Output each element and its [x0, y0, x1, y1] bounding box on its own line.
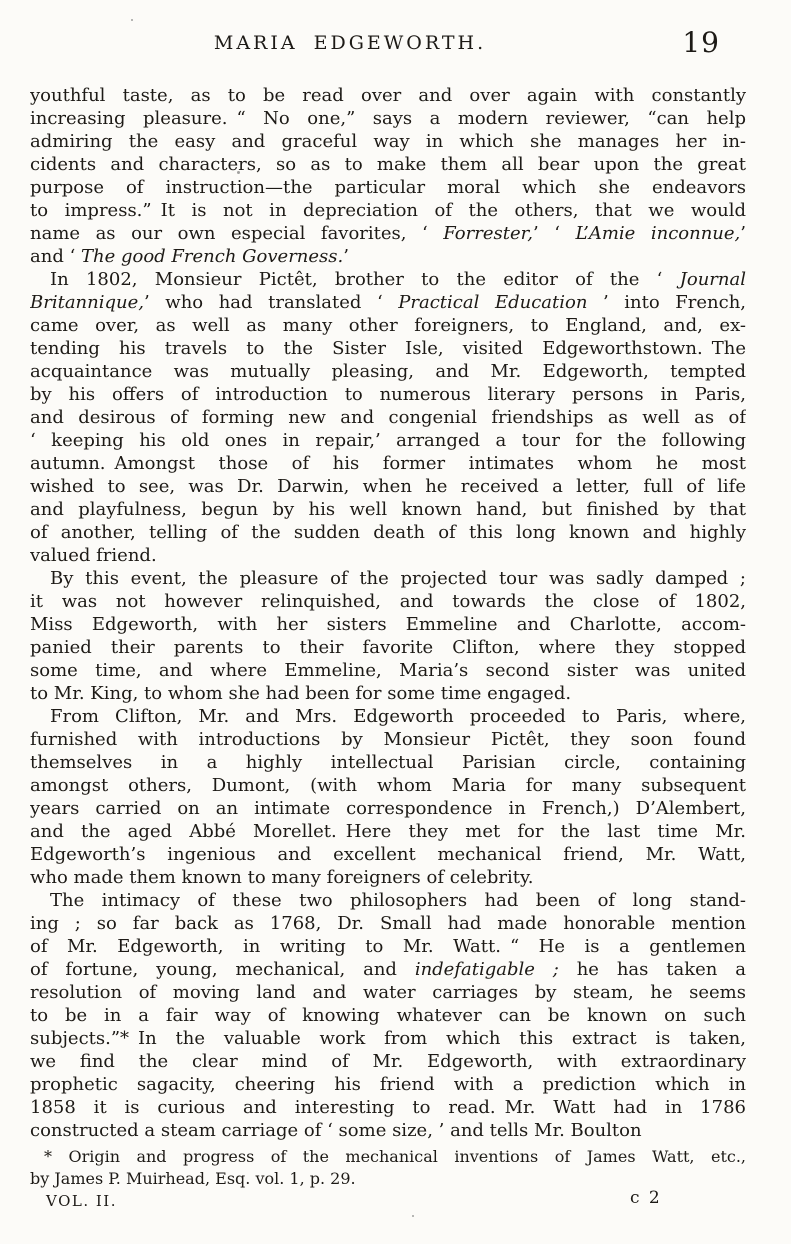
- body-line: tending his travels to the Sister Isle, …: [30, 337, 746, 360]
- italic-text-run: Journal: [680, 269, 746, 290]
- text-run: ing ; so far back as 1768, Dr. Small had…: [30, 913, 746, 934]
- text-run: themselves in a highly intellectual Pari…: [30, 752, 746, 773]
- body-line: prophetic sagacity, cheering his friend …: [30, 1073, 746, 1096]
- text-run: ’: [343, 246, 349, 267]
- body-line: Britannique,’ who had translated ‘ Pract…: [30, 291, 746, 314]
- text-run: tending his travels to the Sister Isle, …: [30, 338, 746, 359]
- text-run: to impress.” It is not in depreciation o…: [30, 200, 746, 221]
- book-page: MARIA EDGEWORTH. 19 youthful taste, as t…: [0, 0, 791, 1244]
- text-run: to be in a fair way of knowing whatever …: [30, 1005, 746, 1026]
- body-line: constructed a steam carriage of ‘ some s…: [30, 1119, 746, 1142]
- body-line: purpose of instruction—the particular mo…: [30, 176, 746, 199]
- text-run: valued friend.: [30, 545, 157, 566]
- text-run: resolution of moving land and water carr…: [30, 982, 746, 1003]
- text-run: admiring the easy and graceful way in wh…: [30, 131, 746, 152]
- footnote-line: * Origin and progress of the mechanical …: [30, 1146, 746, 1168]
- page-header-title: MARIA EDGEWORTH.: [30, 32, 670, 54]
- body-line: and ‘ The good French Governess.’: [30, 245, 746, 268]
- body-line: to be in a fair way of knowing whatever …: [30, 1004, 746, 1027]
- body-line: panied their parents to their favorite C…: [30, 636, 746, 659]
- body-line: youthful taste, as to be read over and o…: [30, 84, 746, 107]
- text-run: we find the clear mind of Mr. Edgeworth,…: [30, 1051, 746, 1072]
- body-line: who made them known to many foreigners o…: [30, 866, 746, 889]
- scan-speck: [237, 171, 240, 174]
- text-run: By this event, the pleasure of the proje…: [50, 568, 746, 589]
- text-run: cidents and characters, so as to make th…: [30, 154, 746, 175]
- italic-text-run: Forrester,: [443, 223, 533, 244]
- text-run: ’ who had translated ‘: [144, 292, 398, 313]
- text-run: 1858 it is curious and interesting to re…: [30, 1097, 746, 1118]
- text-run: * Origin and progress of the mechanical …: [44, 1147, 746, 1166]
- body-line: Edgeworth’s ingenious and excellent mech…: [30, 843, 746, 866]
- text-run: he has taken a: [559, 959, 746, 980]
- body-line: of Mr. Edgeworth, in writing to Mr. Watt…: [30, 935, 746, 958]
- body-line: it was not however relinquished, and tow…: [30, 590, 746, 613]
- text-run: purpose of instruction—the particular mo…: [30, 177, 746, 198]
- footnote: * Origin and progress of the mechanical …: [30, 1146, 746, 1190]
- italic-text-run: The good French Governess.: [81, 246, 343, 267]
- page-number: 19: [682, 26, 720, 59]
- text-run: name as our own especial favorites, ‘: [30, 223, 443, 244]
- text-run: From Clifton, Mr. and Mrs. Edgeworth pro…: [50, 706, 746, 727]
- body-line: came over, as well as many other foreign…: [30, 314, 746, 337]
- text-run: of fortune, young, mechanical, and: [30, 959, 415, 980]
- volume-label: VOL. II.: [46, 1192, 117, 1210]
- text-run: who made them known to many foreigners o…: [30, 867, 533, 888]
- body-line: amongst others, Dumont, (with whom Maria…: [30, 774, 746, 797]
- italic-text-run: indefatigable ;: [415, 959, 559, 980]
- body-line: autumn. Amongst those of his former inti…: [30, 452, 746, 475]
- body-line: resolution of moving land and water carr…: [30, 981, 746, 1004]
- body-line: name as our own especial favorites, ‘ Fo…: [30, 222, 746, 245]
- body-line: wished to see, was Dr. Darwin, when he r…: [30, 475, 746, 498]
- text-run: and ‘: [30, 246, 81, 267]
- text-run: by James P. Muirhead, Esq. vol. 1, p. 29…: [30, 1169, 356, 1188]
- body-line: years carried on an intimate corresponde…: [30, 797, 746, 820]
- text-run: furnished with introductions by Monsieur…: [30, 729, 746, 750]
- text-run: wished to see, was Dr. Darwin, when he r…: [30, 476, 746, 497]
- text-run: years carried on an intimate corresponde…: [30, 798, 746, 819]
- text-run: and playfulness, begun by his well known…: [30, 499, 746, 520]
- text-run: and the aged Abbé Morellet. Here they me…: [30, 821, 746, 842]
- page-footer: VOL. II. c 2: [30, 1188, 746, 1216]
- body-line: cidents and characters, so as to make th…: [30, 153, 746, 176]
- italic-text-run: Britannique,: [30, 292, 144, 313]
- text-run: by his offers of introduction to numerou…: [30, 384, 746, 405]
- body-line: The intimacy of these two philosophers h…: [30, 889, 746, 912]
- text-run: subjects.”* In the valuable work from wh…: [30, 1028, 746, 1049]
- text-run: amongst others, Dumont, (with whom Maria…: [30, 775, 746, 796]
- text-run: Edgeworth’s ingenious and excellent mech…: [30, 844, 746, 865]
- body-line: increasing pleasure. “ No one,” says a m…: [30, 107, 746, 130]
- body-line: 1858 it is curious and interesting to re…: [30, 1096, 746, 1119]
- body-line: to impress.” It is not in depreciation o…: [30, 199, 746, 222]
- signature-mark: c 2: [630, 1188, 662, 1208]
- text-run: came over, as well as many other foreign…: [30, 315, 746, 336]
- text-run: constructed a steam carriage of ‘ some s…: [30, 1120, 642, 1141]
- body-line: subjects.”* In the valuable work from wh…: [30, 1027, 746, 1050]
- body-line: admiring the easy and graceful way in wh…: [30, 130, 746, 153]
- text-run: ’ into French,: [587, 292, 746, 313]
- text-run: autumn. Amongst those of his former inti…: [30, 453, 746, 474]
- text-run: In 1802, Monsieur Pictêt, brother to the…: [50, 269, 680, 290]
- text-run: increasing pleasure. “ No one,” says a m…: [30, 108, 746, 129]
- italic-text-run: Practical Education: [398, 292, 587, 313]
- body-line: valued friend.: [30, 544, 746, 567]
- scan-speck: [412, 1215, 414, 1217]
- footnote-line: by James P. Muirhead, Esq. vol. 1, p. 29…: [30, 1168, 746, 1190]
- text-run: acquaintance was mutually pleasing, and …: [30, 361, 746, 382]
- body-line: By this event, the pleasure of the proje…: [30, 567, 746, 590]
- body-line: and playfulness, begun by his well known…: [30, 498, 746, 521]
- running-header: MARIA EDGEWORTH. 19: [30, 26, 746, 60]
- body-text: youthful taste, as to be read over and o…: [30, 84, 746, 1142]
- body-line: of another, telling of the sudden death …: [30, 521, 746, 544]
- text-run: to Mr. King, to whom she had been for so…: [30, 683, 571, 704]
- text-run: Miss Edgeworth, with her sisters Emmelin…: [30, 614, 746, 635]
- italic-text-run: L’Amie inconnue,: [575, 223, 740, 244]
- body-line: ing ; so far back as 1768, Dr. Small had…: [30, 912, 746, 935]
- text-run: ‘ keeping his old ones in repair,’ arran…: [30, 430, 746, 451]
- body-line: In 1802, Monsieur Pictêt, brother to the…: [30, 268, 746, 291]
- text-run: The intimacy of these two philosophers h…: [50, 890, 746, 911]
- body-line: to Mr. King, to whom she had been for so…: [30, 682, 746, 705]
- body-line: of fortune, young, mechanical, and indef…: [30, 958, 746, 981]
- body-line: themselves in a highly intellectual Pari…: [30, 751, 746, 774]
- text-run: of Mr. Edgeworth, in writing to Mr. Watt…: [30, 936, 746, 957]
- body-line: we find the clear mind of Mr. Edgeworth,…: [30, 1050, 746, 1073]
- text-run: ’ ‘: [533, 223, 576, 244]
- text-run: ’: [740, 223, 746, 244]
- body-line: by his offers of introduction to numerou…: [30, 383, 746, 406]
- body-line: and desirous of forming new and congenia…: [30, 406, 746, 429]
- body-line: ‘ keeping his old ones in repair,’ arran…: [30, 429, 746, 452]
- text-run: it was not however relinquished, and tow…: [30, 591, 746, 612]
- text-run: and desirous of forming new and congenia…: [30, 407, 746, 428]
- body-line: From Clifton, Mr. and Mrs. Edgeworth pro…: [30, 705, 746, 728]
- text-run: some time, and where Emmeline, Maria’s s…: [30, 660, 746, 681]
- body-line: acquaintance was mutually pleasing, and …: [30, 360, 746, 383]
- body-line: some time, and where Emmeline, Maria’s s…: [30, 659, 746, 682]
- scan-speck: [131, 19, 133, 21]
- text-run: youthful taste, as to be read over and o…: [30, 85, 746, 106]
- body-line: and the aged Abbé Morellet. Here they me…: [30, 820, 746, 843]
- body-line: Miss Edgeworth, with her sisters Emmelin…: [30, 613, 746, 636]
- text-run: prophetic sagacity, cheering his friend …: [30, 1074, 746, 1095]
- text-run: of another, telling of the sudden death …: [30, 522, 746, 543]
- text-run: panied their parents to their favorite C…: [30, 637, 746, 658]
- body-line: furnished with introductions by Monsieur…: [30, 728, 746, 751]
